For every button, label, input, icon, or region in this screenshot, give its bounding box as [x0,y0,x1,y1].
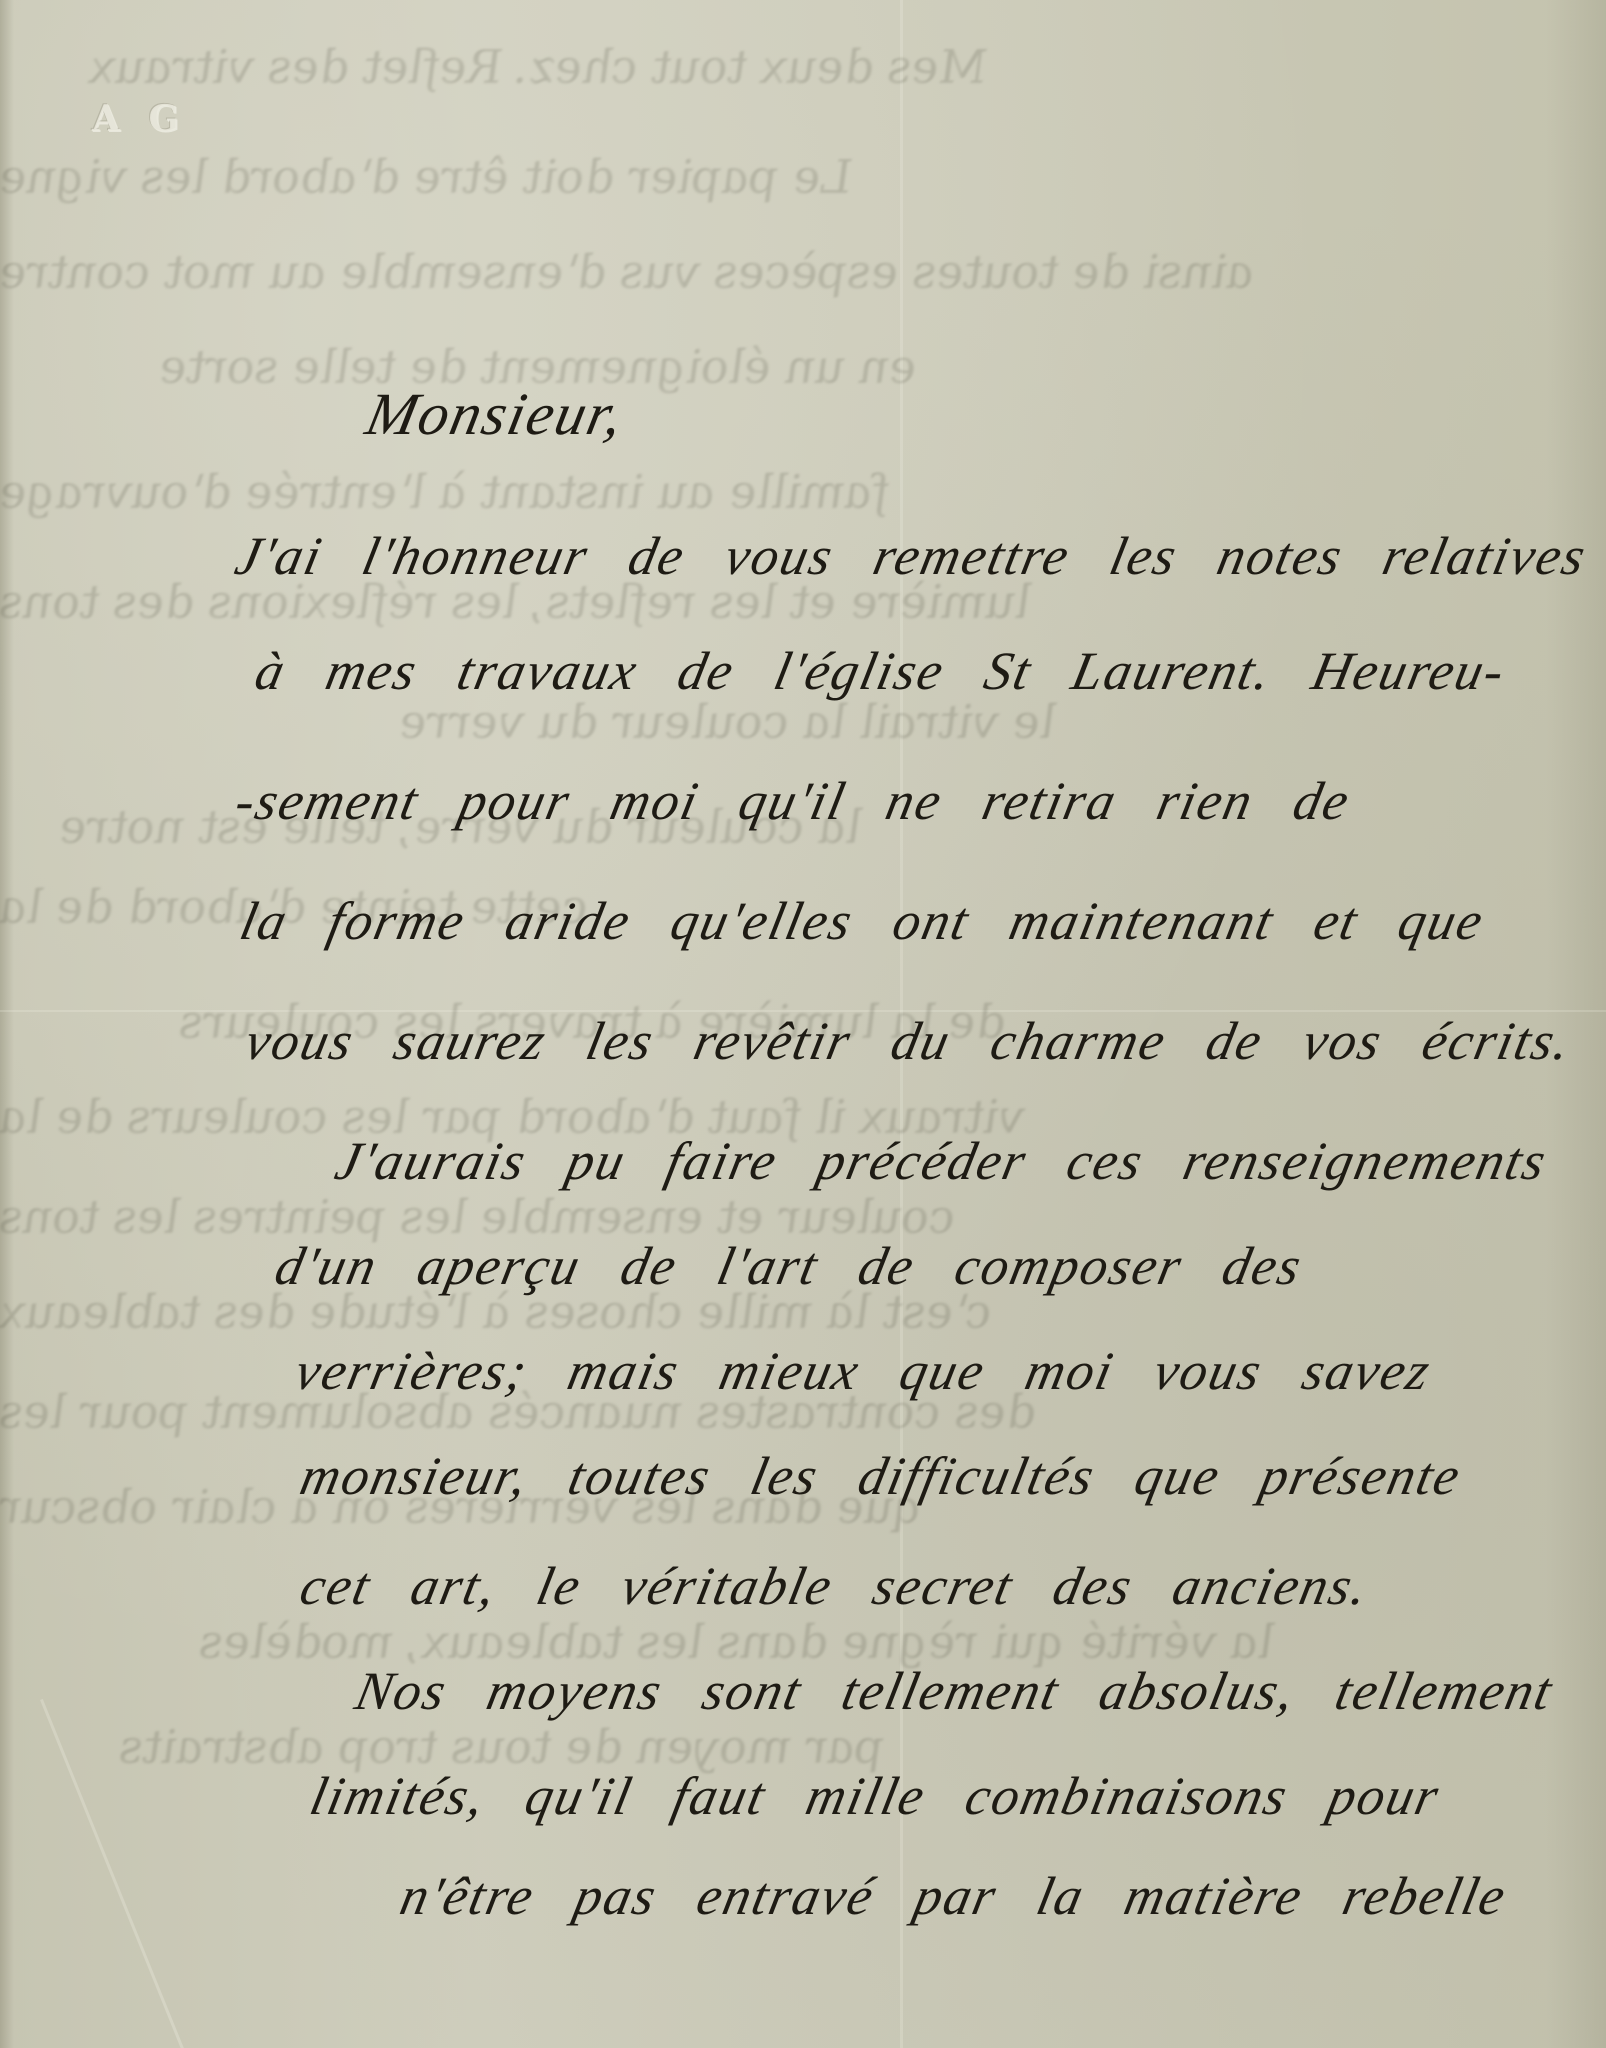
letter-line: la forme aride qu'elles ont maintenant e… [235,890,1490,952]
letter-line: monsieur, toutes les difficultés que pré… [295,1445,1467,1507]
letter-line: cet art, le véritable secret des anciens… [295,1555,1375,1617]
letter-line: limités, qu'il faut mille combinaisons p… [305,1765,1446,1827]
letter-body: Monsieur, J'ai l'honneur de vous remettr… [0,0,1606,2048]
letter-line: J'ai l'honneur de vous remettre les note… [230,525,1593,587]
letter-line: vous saurez les revêtir du charme de vos… [240,1010,1577,1072]
letter-line: à mes travaux de l'église St Laurent. He… [250,640,1512,702]
letter-line: d'un aperçu de l'art de composer des [270,1235,1308,1297]
letter-line: -sement pour moi qu'il ne retira rien de [230,770,1356,832]
letter-line: Nos moyens sont tellement absolus, telle… [350,1660,1559,1722]
letter-line: J'aurais pu faire précéder ces renseigne… [330,1130,1553,1192]
letter-line: n'être pas entravé par la matière rebell… [395,1865,1513,1927]
salutation: Monsieur, [360,380,631,449]
letter-line: verrières; mais mieux que moi vous savez [290,1340,1437,1402]
